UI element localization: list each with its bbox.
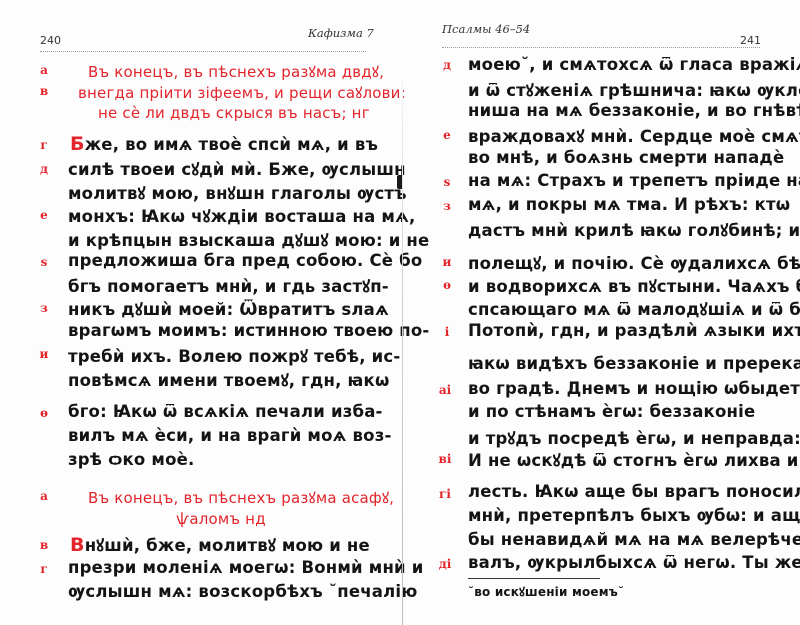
right-page: Псалмы 46–54 241 д е ѕ з и ѳ i аi вi гi …	[402, 0, 800, 625]
verse-number: д	[440, 58, 454, 72]
psalm-title-line: ѱаломъ нд	[176, 510, 266, 528]
running-head-right: Псалмы 46–54	[442, 22, 530, 36]
text-line: и крѣпцын взыскаша дꙋшꙋ мою: и не	[68, 228, 429, 251]
verse-number: и	[440, 255, 454, 269]
text-line: валъ, ѹкрылбыхсѧ ѿ негѡ. Ты же,	[468, 553, 800, 572]
text-line: повѣмсѧ имени твоемꙋ, гдн, ꙗкѡ	[68, 368, 390, 391]
text-line: врагѡмъ моимъ: истинною твоею по-	[68, 321, 429, 340]
text-line: ниша на мѧ беззаконiе, и во гнѣвѣ	[468, 101, 800, 120]
psalm-title-line: внегда прiити зiфеемъ, и рещи саꙋлови:	[78, 83, 406, 103]
text-line: презри моленiѧ моегѡ: Вонмѝ мнѝ и	[68, 558, 424, 577]
text-line: зрѣ ѻко моѐ.	[68, 450, 194, 469]
text-line: ѹслышн мѧ: возскорбѣхъ ˘печалiю	[68, 582, 417, 601]
text-line: Внꙋшѝ, бже, молитвꙋ мою и не	[70, 533, 370, 556]
text-line: мѧ, и покры мѧ тма. И рѣхъ: ктѡ	[468, 195, 790, 214]
text-line: никъ дꙋшѝ моей: Ѿвратитъ ѕлаѧ	[68, 297, 389, 320]
verse-number: ѳ	[440, 278, 454, 292]
verse-number: i	[440, 325, 454, 339]
verse-number: аi	[438, 383, 452, 397]
text-line: вилъ мѧ ѐси, и на врагѝ моѧ воз-	[68, 426, 392, 445]
header-rule-left	[40, 51, 366, 52]
verse-number: ѕ	[440, 175, 454, 189]
text-line: бы ненавидѧй мѧ на мѧ велерѣче-	[468, 530, 800, 549]
left-page: 240 Кафизма 7 а в Въ конецъ, въ пѣснехъ …	[0, 0, 392, 625]
text-line: во градѣ. Днемъ и нощiю ѡбыдетъ	[468, 379, 800, 398]
text-line: во мнѣ, и боѧзнь смерти нападѐ	[468, 148, 784, 167]
text-line: молитвꙋ мою, внꙋшн глаголы ѹстъ	[68, 181, 407, 204]
text-line: бго: Ꙗкѡ ѿ всѧкiѧ печали избa-	[68, 402, 383, 421]
page-number-right: 241	[740, 34, 761, 47]
text-line: и по стѣнамъ ѐгѡ: беззаконiе	[468, 402, 755, 421]
verse-number: вi	[438, 452, 452, 466]
verse-number: з	[440, 199, 454, 213]
text-line: И не ѡскꙋдѣ ѿ стогнъ ѐгѡ лихва и	[468, 448, 799, 471]
page-number-left: 240	[40, 34, 61, 47]
verse-number: е	[440, 128, 454, 142]
verse-number: ѳ	[37, 406, 51, 420]
text-line: дастъ мнѝ крилѣ ꙗкѡ голꙋбинѣ; и	[468, 218, 800, 241]
verse-number: з	[37, 301, 51, 315]
verse-number: ѕ	[37, 255, 51, 269]
running-head-left: Кафизма 7	[308, 26, 374, 40]
text-line: спсающаго мѧ ѿ малодꙋшiѧ и ѿ бꙋрн.	[468, 297, 800, 320]
text-line: и трꙋдъ посредѣ ѐгѡ, и неправда:	[468, 426, 800, 449]
drop-cap: В	[70, 534, 85, 556]
verse-number: дi	[438, 557, 452, 571]
verse-number: г	[37, 138, 51, 152]
book-spread: 240 Кафизма 7 а в Въ конецъ, въ пѣснехъ …	[0, 0, 800, 625]
header-rule-right	[442, 47, 760, 48]
verse-number: и	[37, 347, 51, 361]
text-line: и ѿ стꙋженiѧ грѣшнича: ꙗкѡ ѹкло-	[468, 78, 800, 101]
verse-number: д	[37, 162, 51, 176]
text-line: враждовахꙋ мнѝ. Сердце моѐ смѧтесѧ	[468, 124, 800, 147]
psalm-title-line: Въ конецъ, въ пѣснехъ разꙋма асафꙋ,	[88, 488, 394, 508]
psalm-title-line: Въ конецъ, въ пѣснехъ разꙋма двдꙋ,	[88, 62, 384, 82]
psalm-title-line: не сѐ ли двдъ скрыся въ насъ; нг	[98, 104, 370, 122]
text-line: лесть. Ꙗкѡ аще бы врагъ поносилъ	[468, 482, 800, 501]
text-line: силѣ твоеи сꙋдѝ мѝ. Бже, ѹслышн	[68, 157, 406, 180]
verse-number: в	[37, 84, 51, 98]
footnote: ˘во искꙋшенiи моемъ˘	[468, 583, 624, 600]
text-line: бгъ помогаетъ мнѝ, и гдь застꙋп-	[68, 274, 389, 297]
text-line: и водворихсѧ въ пꙋстыни. Чаѧхъ бга	[468, 274, 800, 297]
text-line: мнѝ, претерпѣлъ быхъ ѹбѡ: и аще	[468, 506, 800, 525]
text-line: на мѧ: Страхъ и трепетъ прiиде на	[468, 171, 800, 190]
text-line: ꙗкѡ видѣхъ беззаконiе и пререканiе	[468, 354, 800, 373]
text-line: предложиша бга пред собою. Сѐ бо	[68, 251, 422, 270]
text-line: Потопѝ, гдн, и раздѣлѝ ѧзыки ихъ:	[468, 321, 800, 340]
text-line: требѝ ихъ. Волею пожрꙋ тебѣ, ис-	[68, 344, 400, 367]
drop-cap: Б	[70, 133, 85, 155]
verse-number: а	[37, 489, 51, 503]
text-line: моею˘, и смѧтохсѧ ѿ гласа вражiѧ,	[468, 55, 800, 74]
footnote-rule	[468, 578, 600, 579]
verse-number: е	[37, 208, 51, 222]
text-line: полещꙋ, и почiю. Сѐ ѹдалихсѧ бѣгаѧ,	[468, 251, 800, 274]
verse-number: а	[37, 63, 51, 77]
text-line: Бже, во имѧ твоѐ спсѝ мѧ, и въ	[70, 133, 378, 155]
text-line: монхъ: Ꙗкѡ чꙋждiи восташа на мѧ,	[68, 204, 416, 227]
verse-number: в	[37, 538, 51, 552]
verse-number: гi	[438, 487, 452, 501]
verse-number: г	[37, 562, 51, 576]
